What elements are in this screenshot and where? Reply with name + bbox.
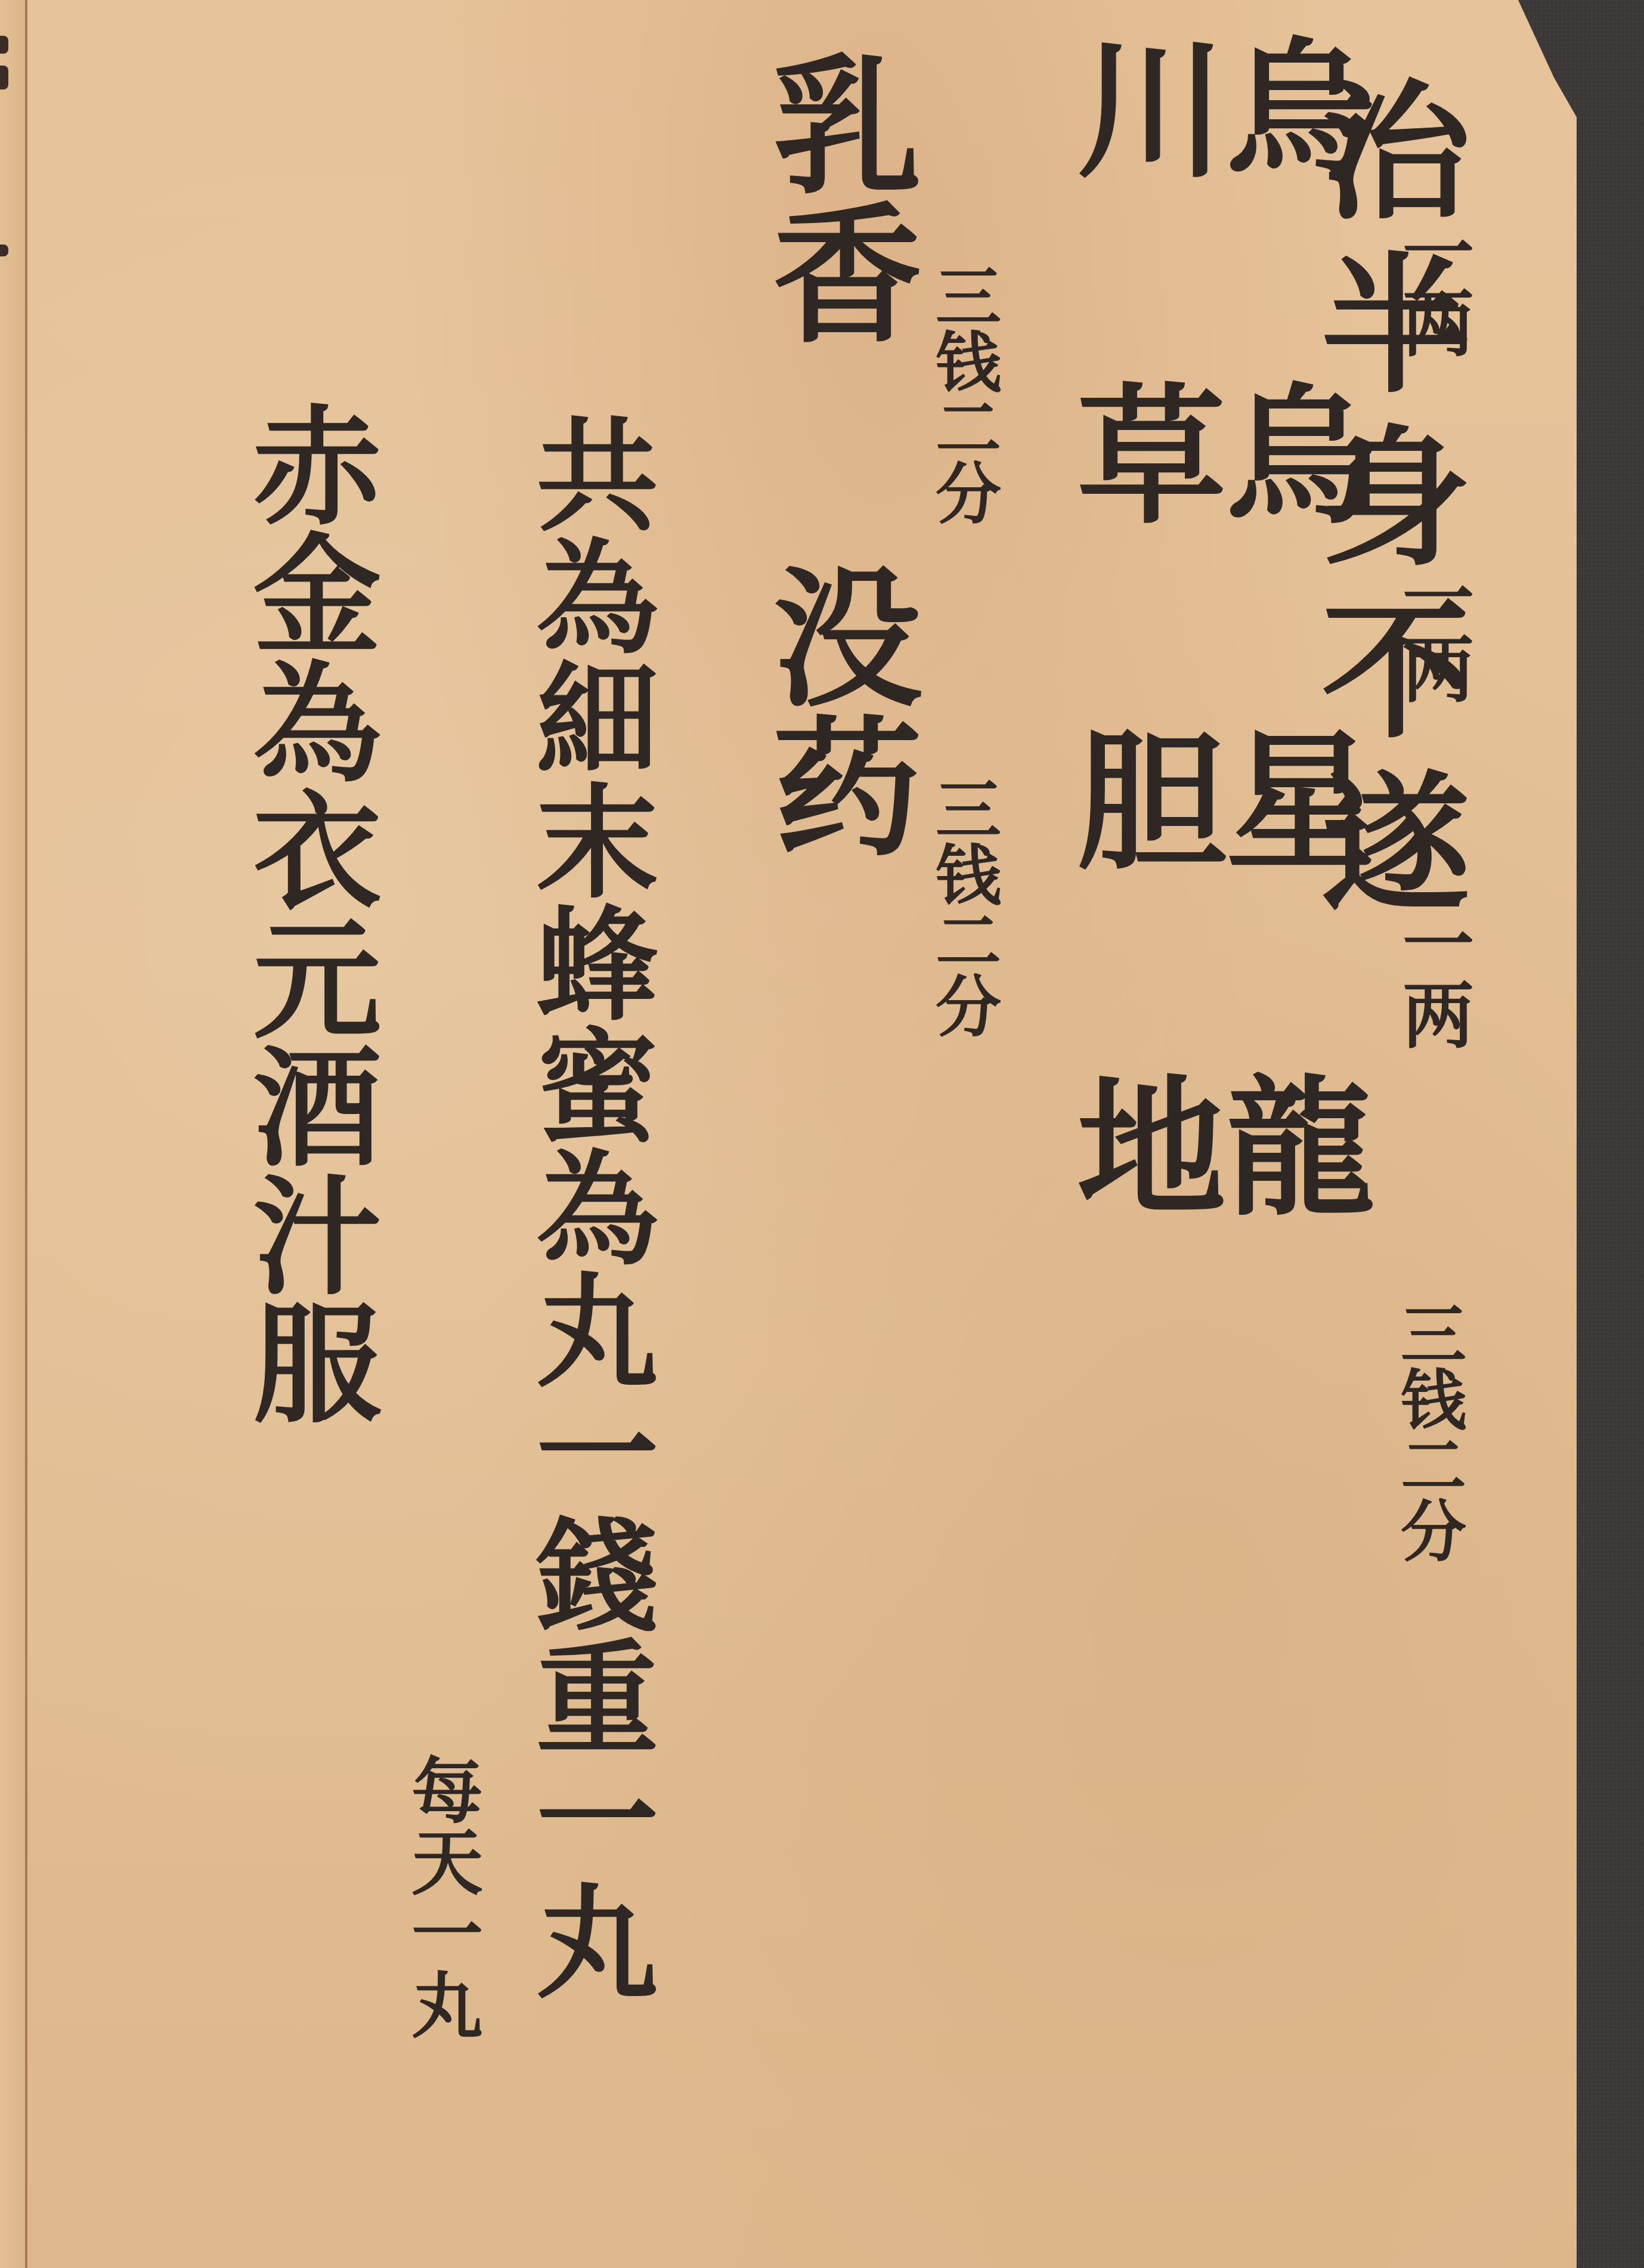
ink-fragment bbox=[0, 66, 8, 89]
herb-entry: 川烏 一两 bbox=[1077, 36, 1484, 358]
herb-name: 乳香 bbox=[761, 48, 910, 346]
left-page-edge bbox=[0, 0, 29, 2268]
herb-dose: 三钱二分 bbox=[1381, 1073, 1475, 1562]
herb-name: 没药 bbox=[761, 561, 910, 859]
herb-entry: 乳香 三钱二分 bbox=[761, 48, 1010, 525]
herb-entry: 草烏 一两 bbox=[1077, 382, 1484, 704]
dosage-text: 赤金為衣元酒汁服 bbox=[230, 400, 384, 1425]
herb-dose: 三钱二分 bbox=[916, 48, 1010, 525]
herb-dose: 一两 bbox=[1381, 382, 1484, 704]
herb-name: 草烏 bbox=[1077, 382, 1375, 531]
herb-entry: 地龍 三钱二分 bbox=[1077, 1073, 1475, 1562]
ink-fragment bbox=[0, 36, 8, 54]
herb-name: 地龍 bbox=[1077, 1073, 1375, 1223]
herb-name: 川烏 bbox=[1077, 36, 1375, 185]
column-dosage: 赤金為衣元酒汁服 每天一丸 bbox=[230, 400, 493, 2040]
herb-dose: 三钱二分 bbox=[916, 561, 1010, 1038]
manuscript-page: 治 半 身 不 遂 川烏 一两 草烏 一两 胆星 一两 地龍 bbox=[27, 0, 1577, 2268]
page-gutter bbox=[25, 0, 27, 2268]
column-herbs-2: 乳香 三钱二分 没药 三钱二分 bbox=[761, 48, 1010, 1038]
column-preparation: 共為細末蜂蜜為丸一錢重一丸 bbox=[510, 411, 663, 2001]
herb-entry: 胆星 一两 bbox=[1077, 728, 1484, 1050]
herb-dose: 一两 bbox=[1381, 36, 1484, 358]
column-herbs-1: 川烏 一两 草烏 一两 胆星 一两 地龍 三钱二分 bbox=[1077, 36, 1484, 1562]
dosage-note: 每天一丸 bbox=[390, 1753, 493, 2040]
herb-entry: 没药 三钱二分 bbox=[761, 561, 1010, 1038]
herb-dose: 一两 bbox=[1381, 728, 1484, 1050]
ink-fragment bbox=[0, 245, 8, 256]
herb-name: 胆星 bbox=[1077, 728, 1375, 877]
